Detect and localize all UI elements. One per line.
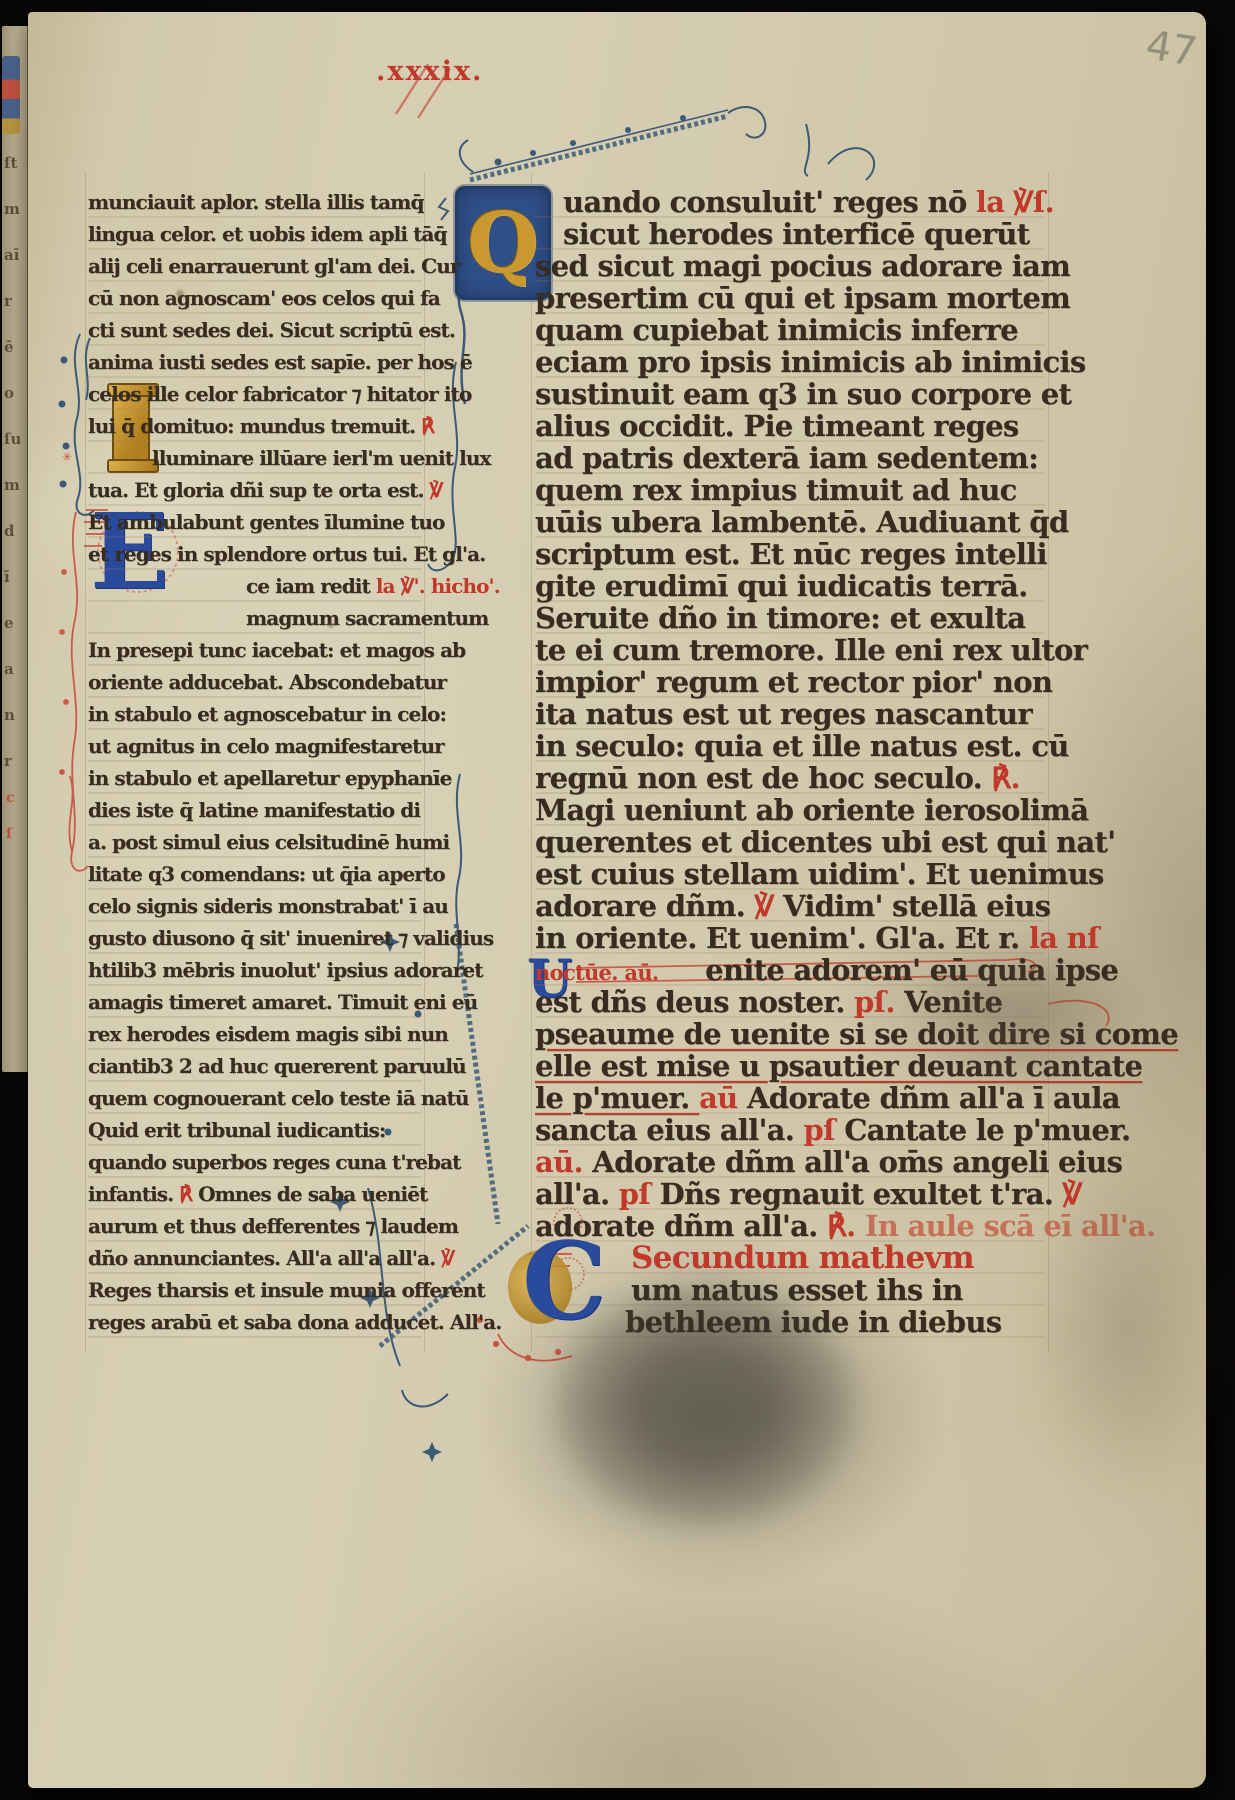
spot	[588, 522, 593, 527]
text-line: munciauit aplor. stella illis tamq̄	[88, 186, 422, 218]
text-line: celos ille celor fabricator ⁊ hitator it…	[88, 378, 422, 410]
body-text: anima iusti sedes est sapīe. per hos ē	[88, 350, 472, 374]
body-text: quem rex impius timuit ad huc	[535, 473, 1017, 507]
text-line: rex herodes eisdem magis sibi nun	[88, 1018, 422, 1050]
edge-text-fragment: a	[4, 660, 14, 678]
edge-text-fragment: r	[4, 752, 12, 770]
body-text: in stabulo et apellaretur epyphanīe	[88, 766, 451, 790]
body-text: alij celi enarrauerunt gl'am dei. Cur	[88, 254, 459, 278]
edge-text-fragment: e	[4, 614, 14, 632]
edge-text-fragment: m	[4, 200, 20, 218]
body-text: regnū non est de hoc seculo.	[535, 761, 991, 795]
spot	[328, 622, 334, 628]
text-line: adorate dñm all'a. ℟. In aule scā eī all…	[535, 1210, 1045, 1242]
text-line: dño annunciantes. All'a all'a all'a. ℣	[88, 1242, 422, 1274]
text-line: te ei cum tremore. Ille eni rex ultor	[535, 634, 1045, 666]
body-text: Reges tharsis et insule munia offerent	[88, 1278, 485, 1302]
body-text: sicut herodes interficē querūt	[563, 217, 1029, 251]
body-text: adorare dñm.	[535, 889, 754, 923]
text-line: reges arabū et saba dona adducet. All'a.	[88, 1306, 422, 1338]
body-text: dies iste q̄ latine manifestatio di	[88, 798, 420, 822]
rubric-text: ℣	[1063, 1177, 1082, 1211]
body-text: celos ille celor fabricator ⁊ hitator it…	[88, 382, 471, 406]
text-line: adorare dñm. ℣ Vidim' stellā eius	[535, 890, 1045, 922]
body-text: In presepi tunc iacebat: et magos ab	[88, 638, 465, 662]
body-text: presertim cū qui et ipsam mortem	[535, 281, 1070, 315]
text-line: dies iste q̄ latine manifestatio di	[88, 794, 422, 826]
body-text: Omnes de saba ueniēt	[198, 1182, 427, 1206]
text-line: noctūe. aū. enite adorem' eū quia ipse	[535, 954, 1045, 986]
body-text: ut agnitus in celo magnifestaretur	[88, 734, 444, 758]
body-text: est cuius stellam uidim'. Et uenimus	[535, 857, 1104, 891]
text-line: in oriente. Et uenim'. Gl'a. Et r. la nſ	[535, 922, 1045, 954]
folio-number: 47	[1143, 22, 1200, 75]
text-line: eciam pro ipsis inimicis ab inimicis	[535, 346, 1045, 378]
text-line: Magi ueniunt ab oriente ierosolimā	[535, 794, 1045, 826]
edge-text-fragment: ē	[4, 338, 14, 356]
rubric-text: la ℣'. hicho'.	[376, 574, 500, 598]
body-text: in oriente. Et uenim'. Gl'a. Et r.	[535, 921, 1029, 955]
rubric-text: ℣	[430, 478, 443, 502]
text-line: le p'muer. aū Adorate dñm all'a ī aula	[535, 1082, 1045, 1114]
body-text: celo signis sideris monstrabat' ī au	[88, 894, 448, 918]
body-text: munciauit aplor. stella illis tamq̄	[88, 190, 424, 214]
body-text: oriente adducebat. Abscondebatur	[88, 670, 446, 694]
body-text: impior' regum et rector pior' non	[535, 665, 1052, 699]
body-text: elle est mise u psautier deuant cantate	[535, 1049, 1142, 1083]
rubric-text: ℟.	[827, 1209, 865, 1243]
rubric-text: noctūe. aū.	[535, 960, 665, 985]
text-line: Reges tharsis et insule munia offerent	[88, 1274, 422, 1306]
text-line: ad patris dexterā iam sedentem:	[535, 442, 1045, 474]
text-line: anima iusti sedes est sapīe. per hos ē	[88, 346, 422, 378]
text-line: alius occidit. Pie timeant reges	[535, 410, 1045, 442]
body-text: Quid erit tribunal iudicantis:	[88, 1118, 385, 1142]
body-text: Adorate dñm all'a om̄s angeli eius	[592, 1145, 1122, 1179]
initial-Q-glyph: Q	[467, 202, 538, 284]
body-text: sustinuit eam q3 in suo corpore et	[535, 377, 1071, 411]
rubric-text: la nſ	[1029, 921, 1099, 955]
ruling-line	[531, 172, 532, 1352]
edge-text-fragment: n	[4, 706, 15, 724]
body-text: Venite	[904, 985, 1002, 1019]
body-text: scriptum est. Et nūc reges intelli	[535, 537, 1047, 571]
text-line: aurum et thus defferentes ⁊ laudem	[88, 1210, 422, 1242]
edge-text-fragment: ſt	[4, 154, 17, 172]
text-line: scriptum est. Et nūc reges intelli	[535, 538, 1045, 570]
body-text: lingua celor. et uobis idem apli tāq̄	[88, 222, 447, 246]
text-line: ita natus est ut reges nascantur	[535, 698, 1045, 730]
text-line: uūis ubera lambentē. Audiuant q̄d	[535, 506, 1045, 538]
text-column-right: uando consuluit' reges nō la ℣ſ.sicut he…	[535, 186, 1045, 1338]
text-line: querentes et dicentes ubi est qui nat'	[535, 826, 1045, 858]
edge-illumination-fragment	[2, 56, 20, 134]
body-text: quam cupiebat inimicis inferre	[535, 313, 1018, 347]
spot	[976, 462, 982, 467]
rubric-text: ℟	[179, 1182, 198, 1206]
body-text: Magi ueniunt ab oriente ierosolimā	[535, 793, 1088, 827]
text-line: lingua celor. et uobis idem apli tāq̄	[88, 218, 422, 250]
text-line: sustinuit eam q3 in suo corpore et	[535, 378, 1045, 410]
rubric-text: ℟.	[991, 761, 1020, 795]
illuminated-initial-C: C	[522, 1228, 606, 1334]
body-text: eciam pro ipsis inimicis ab inimicis	[535, 345, 1085, 379]
text-line: amagis timeret amaret. Timuit eni eū	[88, 986, 422, 1018]
text-line: litate q3 comendans: ut q̄ia aperto	[88, 858, 422, 890]
margin-red-star: ✳	[62, 450, 72, 464]
text-line: ce iam redit la ℣'. hicho'.	[88, 570, 422, 602]
text-line: quem cognouerant celo teste iā natū	[88, 1082, 422, 1114]
text-line: lluminare illūare ierl'm uenit lux	[88, 442, 422, 474]
body-text: ad patris dexterā iam sedentem:	[535, 441, 1038, 475]
text-line: gite erudimī qui iudicatis terrā.	[535, 570, 1045, 602]
edge-red-fragment: ſ	[6, 826, 12, 842]
text-line: quem rex impius timuit ad huc	[535, 474, 1045, 506]
edge-text-fragment: o	[4, 384, 14, 402]
body-text: infantis.	[88, 1182, 179, 1206]
body-text: sed sicut magi pocius adorare iam	[535, 249, 1070, 283]
body-text: quando superbos reges cuna t'rebat	[88, 1150, 461, 1174]
body-text: Cantate le p'muer.	[844, 1113, 1130, 1147]
body-text: ciantib3 2 ad huc quererent paruulū	[88, 1054, 466, 1078]
rubric-text: aū.	[535, 1145, 592, 1179]
text-line: elle est mise u psautier deuant cantate	[535, 1050, 1045, 1082]
body-text: aurum et thus defferentes ⁊ laudem	[88, 1214, 458, 1238]
text-line: sed sicut magi pocius adorare iam	[535, 250, 1045, 282]
body-text: alius occidit. Pie timeant reges	[535, 409, 1019, 443]
body-text: dño annunciantes. All'a all'a all'a.	[88, 1246, 441, 1270]
body-text: in stabulo et agnoscebatur in celo:	[88, 702, 446, 726]
body-text: est dñs deus noster.	[535, 985, 854, 1019]
body-text: gusto diusono q̄ sit' inueniret ⁊ validi…	[88, 926, 493, 950]
body-text: te ei cum tremore. Ille eni rex ultor	[535, 633, 1087, 667]
body-text: le p'muer.	[535, 1081, 699, 1115]
text-line: a. post simul eius celsitudinē humi	[88, 826, 422, 858]
body-text: quem cognouerant celo teste iā natū	[88, 1086, 469, 1110]
body-text: tua. Et gloria dñi sup te orta est.	[88, 478, 430, 502]
ruling-line	[424, 172, 425, 1352]
body-text: ita natus est ut reges nascantur	[535, 697, 1032, 731]
body-text: Seruite dño in timore: et exulta	[535, 601, 1025, 635]
body-text: amagis timeret amaret. Timuit eni eū	[88, 990, 477, 1014]
text-column-left: munciauit aplor. stella illis tamq̄lingu…	[88, 186, 422, 1338]
rubric-text: pſ.	[854, 985, 904, 1019]
body-text: reges arabū et saba dona adducet. All'a.	[88, 1310, 501, 1334]
text-line: sicut herodes interficē querūt	[535, 218, 1045, 250]
text-line: in stabulo et agnoscebatur in celo:	[88, 698, 422, 730]
body-text: ce iam redit	[246, 574, 376, 598]
body-text: Vidim' stellā eius	[783, 889, 1050, 923]
body-text: Et ambulabunt gentes īlumine tuo	[88, 510, 444, 534]
spot	[176, 290, 184, 297]
body-text: Dñs regnauit exultet t'ra.	[660, 1177, 1063, 1211]
text-line: uando consuluit' reges nō la ℣ſ.	[535, 186, 1045, 218]
edge-text-fragment: r	[4, 292, 12, 310]
text-line: In presepi tunc iacebat: et magos ab	[88, 634, 422, 666]
quire-heading: .xxxix.	[376, 56, 483, 87]
text-line: in seculo: quia et ille natus est. cū	[535, 730, 1045, 762]
text-line: presertim cū qui et ipsam mortem	[535, 282, 1045, 314]
body-text: gite erudimī qui iudicatis terrā.	[535, 569, 1028, 603]
body-text: enite adorem' eū quia ipse	[705, 953, 1118, 987]
text-line: impior' regum et rector pior' non	[535, 666, 1045, 698]
body-text: lluminare illūare ierl'm uenit lux	[152, 446, 491, 470]
body-text: all'a.	[535, 1177, 619, 1211]
edge-text-fragment: ī	[4, 568, 10, 586]
text-line: magnum sacramentum	[88, 602, 422, 634]
rubric-text: aū	[699, 1081, 747, 1115]
text-line: alij celi enarrauerunt gl'am dei. Cur	[88, 250, 422, 282]
text-line: est cuius stellam uidim'. Et uenimus	[535, 858, 1045, 890]
rubric-text: pſ	[804, 1113, 845, 1147]
body-text: uūis ubera lambentē. Audiuant q̄d	[535, 505, 1068, 539]
text-line: infantis. ℟ Omnes de saba ueniēt	[88, 1178, 422, 1210]
text-line: pseaume de uenite si se doit dire si com…	[535, 1018, 1045, 1050]
text-line: htilib3 mēbris inuolut' ipsius adoraret	[88, 954, 422, 986]
text-line: est dñs deus noster. pſ. Venite	[535, 986, 1045, 1018]
body-text: um natus esset ihs in	[631, 1273, 963, 1307]
body-text: et reges in splendore ortus tui. Et gl'a…	[88, 542, 485, 566]
text-line: oriente adducebat. Abscondebatur	[88, 666, 422, 698]
body-text: htilib3 mēbris inuolut' ipsius adoraret	[88, 958, 483, 982]
text-line: sancta eius all'a. pſ Cantate le p'muer.	[535, 1114, 1045, 1146]
rubric-text: ℣	[754, 889, 783, 923]
text-line: Quid erit tribunal iudicantis:	[88, 1114, 422, 1146]
text-line: um natus esset ihs in	[535, 1274, 1045, 1306]
edge-text-fragment: ſu	[4, 430, 21, 448]
body-text: rex herodes eisdem magis sibi nun	[88, 1022, 448, 1046]
edge-text-fragment: m	[4, 476, 20, 494]
text-line: gusto diusono q̄ sit' inueniret ⁊ validi…	[88, 922, 422, 954]
text-line: ciantib3 2 ad huc quererent paruulū	[88, 1050, 422, 1082]
text-line: ut agnitus in celo magnifestaretur	[88, 730, 422, 762]
text-line: et reges in splendore ortus tui. Et gl'a…	[88, 538, 422, 570]
rubric-text: Secundum mathevm	[631, 1240, 974, 1276]
text-line: in stabulo et apellaretur epyphanīe	[88, 762, 422, 794]
text-line: Secundum mathevm	[535, 1242, 1045, 1274]
edge-text-fragment: d	[4, 522, 15, 540]
body-text: magnum sacramentum	[246, 606, 488, 630]
body-text: in seculo: quia et ille natus est. cū	[535, 729, 1069, 763]
body-text: bethleem iude in diebus	[625, 1305, 1001, 1339]
text-line: all'a. pſ Dñs regnauit exultet t'ra. ℣	[535, 1178, 1045, 1210]
body-text: lui q̄ domituo: mundus tremuit.	[88, 414, 421, 438]
text-line: celo signis sideris monstrabat' ī au	[88, 890, 422, 922]
rubric-text: ℣	[441, 1246, 454, 1270]
body-text: querentes et dicentes ubi est qui nat'	[535, 825, 1115, 859]
text-line: lui q̄ domituo: mundus tremuit. ℟	[88, 410, 422, 442]
text-line: cti sunt sedes dei. Sicut scriptū est.	[88, 314, 422, 346]
ruling-line	[85, 172, 86, 1352]
text-line: cū non agnoscam' eos celos qui fa	[88, 282, 422, 314]
body-text: uando consuluit' reges nō	[563, 185, 976, 219]
text-line: tua. Et gloria dñi sup te orta est. ℣	[88, 474, 422, 506]
body-text: pseaume de uenite si se doit dire si com…	[535, 1017, 1178, 1051]
body-text: Adorate dñm all'a ī aula	[747, 1081, 1120, 1115]
text-line: quando superbos reges cuna t'rebat	[88, 1146, 422, 1178]
body-text: cti sunt sedes dei. Sicut scriptū est.	[88, 318, 455, 342]
rubric-text: pſ	[619, 1177, 660, 1211]
spot	[233, 998, 238, 1003]
rubric-text: In aule scā eī all'a.	[865, 1209, 1156, 1243]
body-text: sancta eius all'a.	[535, 1113, 804, 1147]
text-line: quam cupiebat inimicis inferre	[535, 314, 1045, 346]
text-line: bethleem iude in diebus	[535, 1306, 1045, 1338]
manuscript-page: .xxxix. 47	[28, 12, 1206, 1788]
rubric-text: la ℣ſ.	[976, 185, 1054, 219]
text-line: Seruite dño in timore: et exulta	[535, 602, 1045, 634]
body-text: litate q3 comendans: ut q̄ia aperto	[88, 862, 445, 886]
photo-backdrop: ſtmaīrēoſumdīeanr c ſ .xxxix. 47	[0, 0, 1235, 1800]
edge-red-fragment: c	[6, 790, 15, 806]
body-text: cū non agnoscam' eos celos qui fa	[88, 286, 440, 310]
edge-text-fragment: aī	[4, 246, 19, 264]
body-text: a. post simul eius celsitudinē humi	[88, 830, 449, 854]
text-line: Et ambulabunt gentes īlumine tuo	[88, 506, 422, 538]
text-line: aū. Adorate dñm all'a om̄s angeli eius	[535, 1146, 1045, 1178]
rubric-text: ℟	[421, 414, 434, 438]
text-line: regnū non est de hoc seculo. ℟.	[535, 762, 1045, 794]
